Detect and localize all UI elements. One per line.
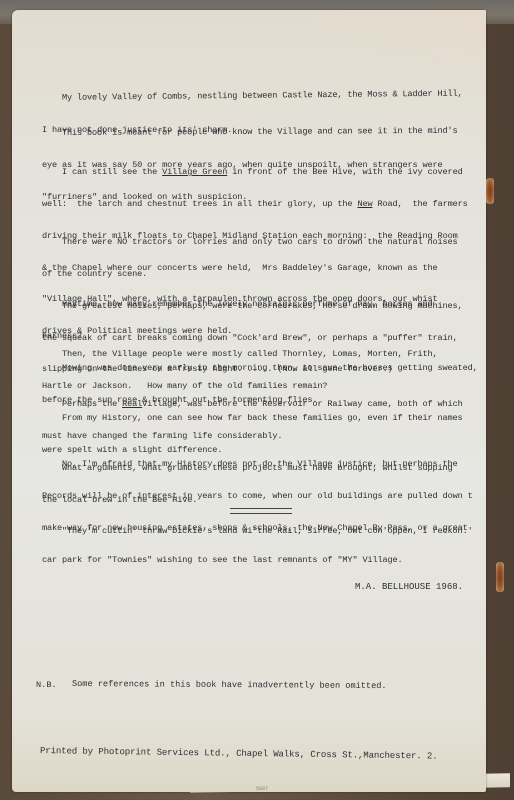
author-signature: M.A. BELLHOUSE 1968. <box>355 582 463 592</box>
text-segment: in front of the Bee Hive, with the ivy c… <box>227 167 462 177</box>
printer-credit: Printed by Photoprint Services Ltd., Cha… <box>40 746 438 762</box>
double-rule-divider <box>230 508 292 514</box>
text-line: This book is meant for people who know t… <box>42 126 482 139</box>
text-line: There were NO tractors or lorries and on… <box>42 237 482 248</box>
text-segment: well: the larch and chestnut trees in al… <box>42 199 357 209</box>
text-line: Perhaps the RealVillage, was before the … <box>42 399 482 410</box>
text-line: My lovely Valley of Combs, nestling betw… <box>42 89 482 104</box>
typed-page: My lovely Valley of Combs, nestling betw… <box>12 10 486 792</box>
text-line: car park for "Townies" wishing to see th… <box>42 555 482 566</box>
text-segment: Road, the farmers <box>372 199 467 209</box>
page-mark: 5007 <box>256 786 268 792</box>
text-segment: Perhaps the <box>62 399 122 409</box>
text-segment: I can still see the <box>62 167 162 177</box>
underlined-text: New <box>357 199 372 209</box>
underlined-text: Village Green <box>162 167 227 177</box>
nb-note: Some references in this book have inadve… <box>72 679 387 691</box>
text-line: I can still see the Village Green in fro… <box>42 167 482 178</box>
nb-label: N.B. <box>36 680 57 690</box>
text-line: make way for new housing estates, shops … <box>42 523 482 534</box>
underlined-text: Real <box>122 399 142 409</box>
rust-stain <box>486 178 494 204</box>
text-segment: Village, was before the Reservoir or Rai… <box>142 399 462 409</box>
text-line: Records will be of interest in years to … <box>42 491 482 502</box>
text-line: Then, the Village people were mostly cal… <box>42 349 482 360</box>
text-line: No, I'm afraid that my History does not … <box>42 459 482 470</box>
text-line: Haytime, how many remember the lovely no… <box>42 299 482 310</box>
rust-stain <box>496 562 504 592</box>
text-line: well: the larch and chestnut trees in al… <box>42 199 482 210</box>
